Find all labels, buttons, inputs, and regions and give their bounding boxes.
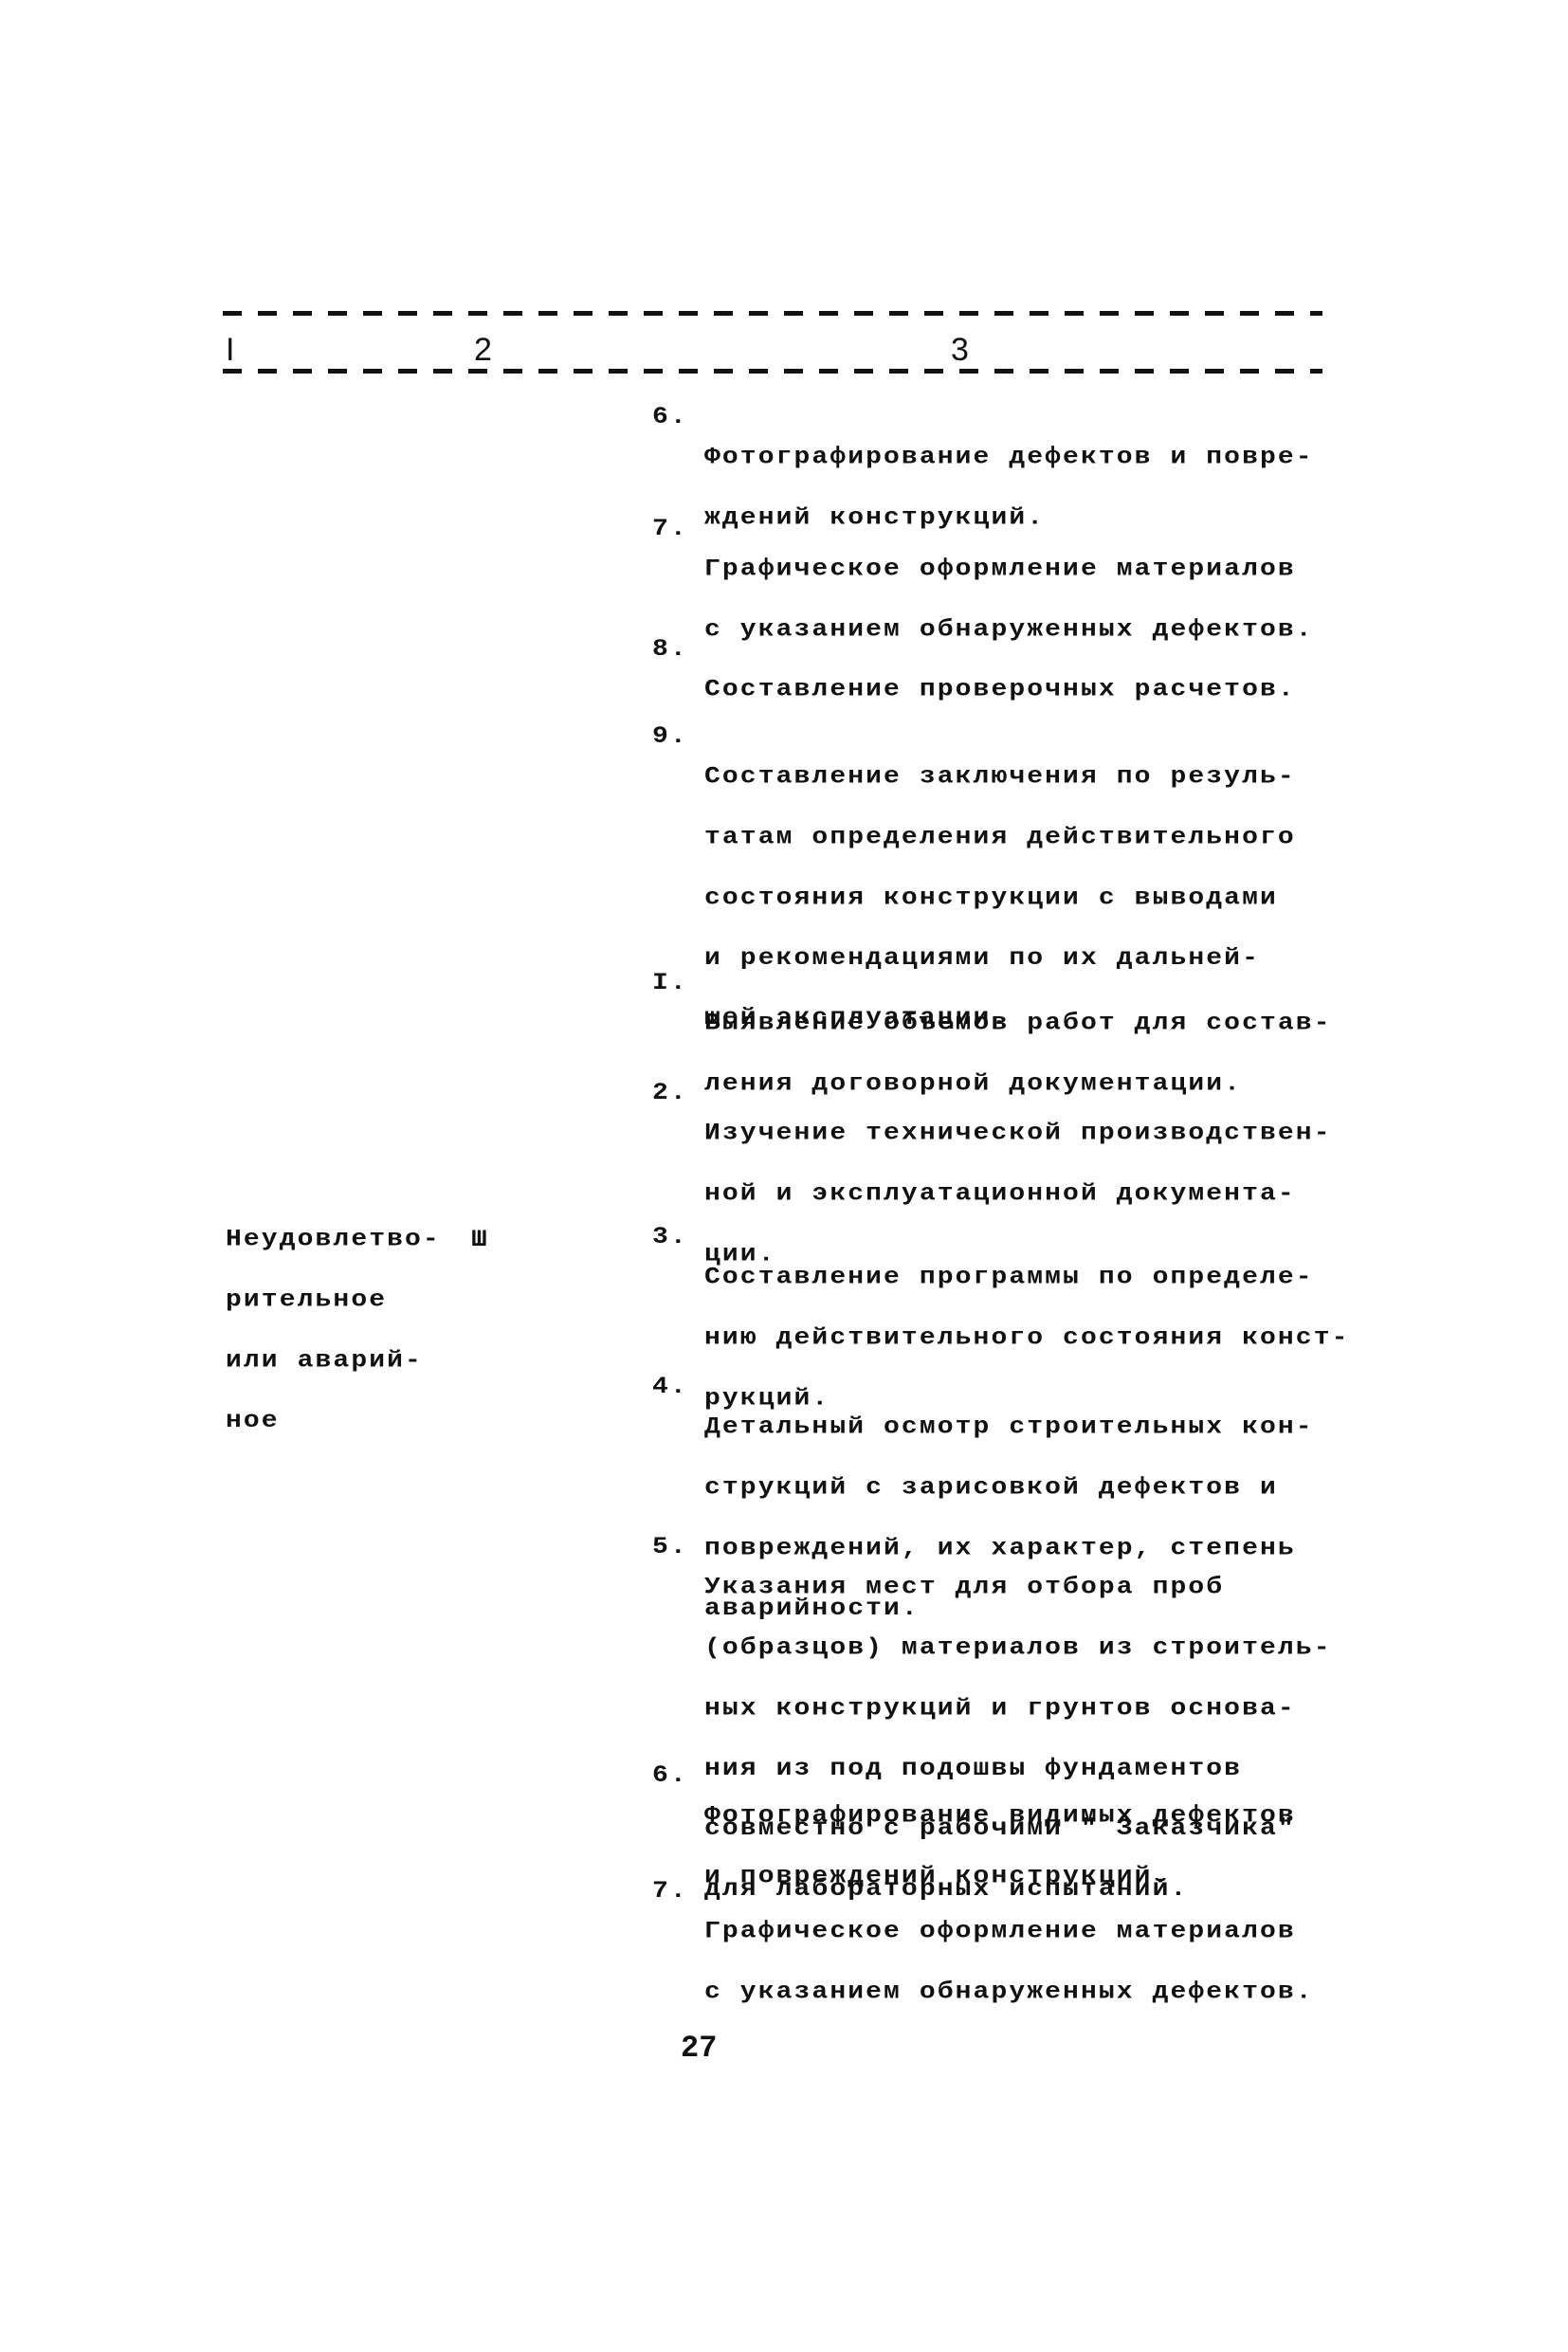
item-number: 7. <box>652 520 688 539</box>
item-text-line: (образцов) материалов из строитель- <box>704 1638 1332 1658</box>
item-number: 2. <box>652 1084 688 1103</box>
list-item: 3. Составление программы по определе- ни… <box>652 1228 1373 1308</box>
item-text-line: Составление заключения по резуль- <box>704 767 1296 787</box>
item-number: I. <box>652 974 688 994</box>
item-number: 6. <box>652 1766 688 1786</box>
item-number: 5. <box>652 1538 688 1558</box>
list-item: 9. Составление заключения по резуль- тат… <box>652 727 1373 808</box>
item-text-line: Детальный осмотр строительных кон- <box>704 1417 1314 1437</box>
item-text-line: Изучение технической производствен- <box>704 1123 1332 1143</box>
item-text-line: струкций с зарисовкой дефектов и <box>704 1478 1314 1498</box>
item-text-line: Составление проверочных расчетов. <box>704 680 1296 700</box>
item-number: 6. <box>652 408 688 428</box>
item-text-line: с указанием обнаруженных дефектов. <box>704 1982 1314 2002</box>
state-label-line: Неудовлетво- <box>226 1230 441 1249</box>
category-number: Ш <box>471 1231 489 1250</box>
state-label-line: или аварий- <box>226 1351 441 1371</box>
column-number-3: 3 <box>951 334 969 366</box>
list-item: 7. Графическое оформление материалов с у… <box>652 1882 1373 1962</box>
item-number: 7. <box>652 1882 688 1902</box>
item-text-line: Составление программы по определе- <box>704 1267 1350 1287</box>
table-header-bottom-rule <box>223 369 1322 374</box>
document-page: I 2 3 6. Фотографирование дефектов и пов… <box>0 0 1568 2352</box>
item-text-line: ной и эксплуатационной документа- <box>704 1184 1332 1204</box>
item-text-line: ных конструкций и грунтов основа- <box>704 1699 1332 1719</box>
list-item: 4. Детальный осмотр строительных кон- ст… <box>652 1377 1373 1458</box>
list-item: 6. Фотографирование дефектов и повре- жд… <box>652 408 1373 488</box>
list-item: 6. Фотографирование видимых дефектов и п… <box>652 1766 1373 1847</box>
item-text-line: Графическое оформление материалов <box>704 559 1314 579</box>
item-text-line: Фотографирование дефектов и повре- <box>704 447 1314 467</box>
item-text-line: Графическое оформление материалов <box>704 1922 1314 1942</box>
list-item: I. Выявление объемов работ для состав- л… <box>652 974 1373 1054</box>
item-text-line: Выявление объемов работ для состав- <box>704 1013 1332 1033</box>
column-number-1: I <box>226 334 234 366</box>
state-label: Неудовлетво- рительное или аварий- ное <box>226 1190 441 1471</box>
list-item: 5. Указания мест для отбора проб (образц… <box>652 1538 1373 1618</box>
item-text-line: Фотографирование видимых дефектов <box>704 1806 1296 1826</box>
item-number: 3. <box>652 1228 688 1248</box>
page-number: 27 <box>681 2031 717 2066</box>
list-item: 8. Составление проверочных расчетов. <box>652 640 1373 720</box>
item-text-line: с указанием обнаруженных дефектов. <box>704 620 1314 640</box>
item-text-line: и рекомендациями по их дальней- <box>704 949 1296 969</box>
column-number-2: 2 <box>474 334 492 366</box>
item-text-line: нию действительного состояния конст- <box>704 1328 1350 1348</box>
item-text-line: Указания мест для отбора проб <box>704 1577 1332 1597</box>
item-number: 8. <box>652 640 688 660</box>
state-label-line: ное <box>226 1412 441 1431</box>
item-text-line: татам определения действительного <box>704 828 1296 848</box>
state-label-line: рительное <box>226 1290 441 1310</box>
item-text-line: состояния конструкции с выводами <box>704 888 1296 908</box>
item-number: 9. <box>652 727 688 747</box>
table-header-top-rule <box>223 311 1322 316</box>
item-number: 4. <box>652 1377 688 1397</box>
list-item: 2. Изучение технической производствен- н… <box>652 1084 1373 1164</box>
list-item: 7. Графическое оформление материалов с у… <box>652 520 1373 600</box>
